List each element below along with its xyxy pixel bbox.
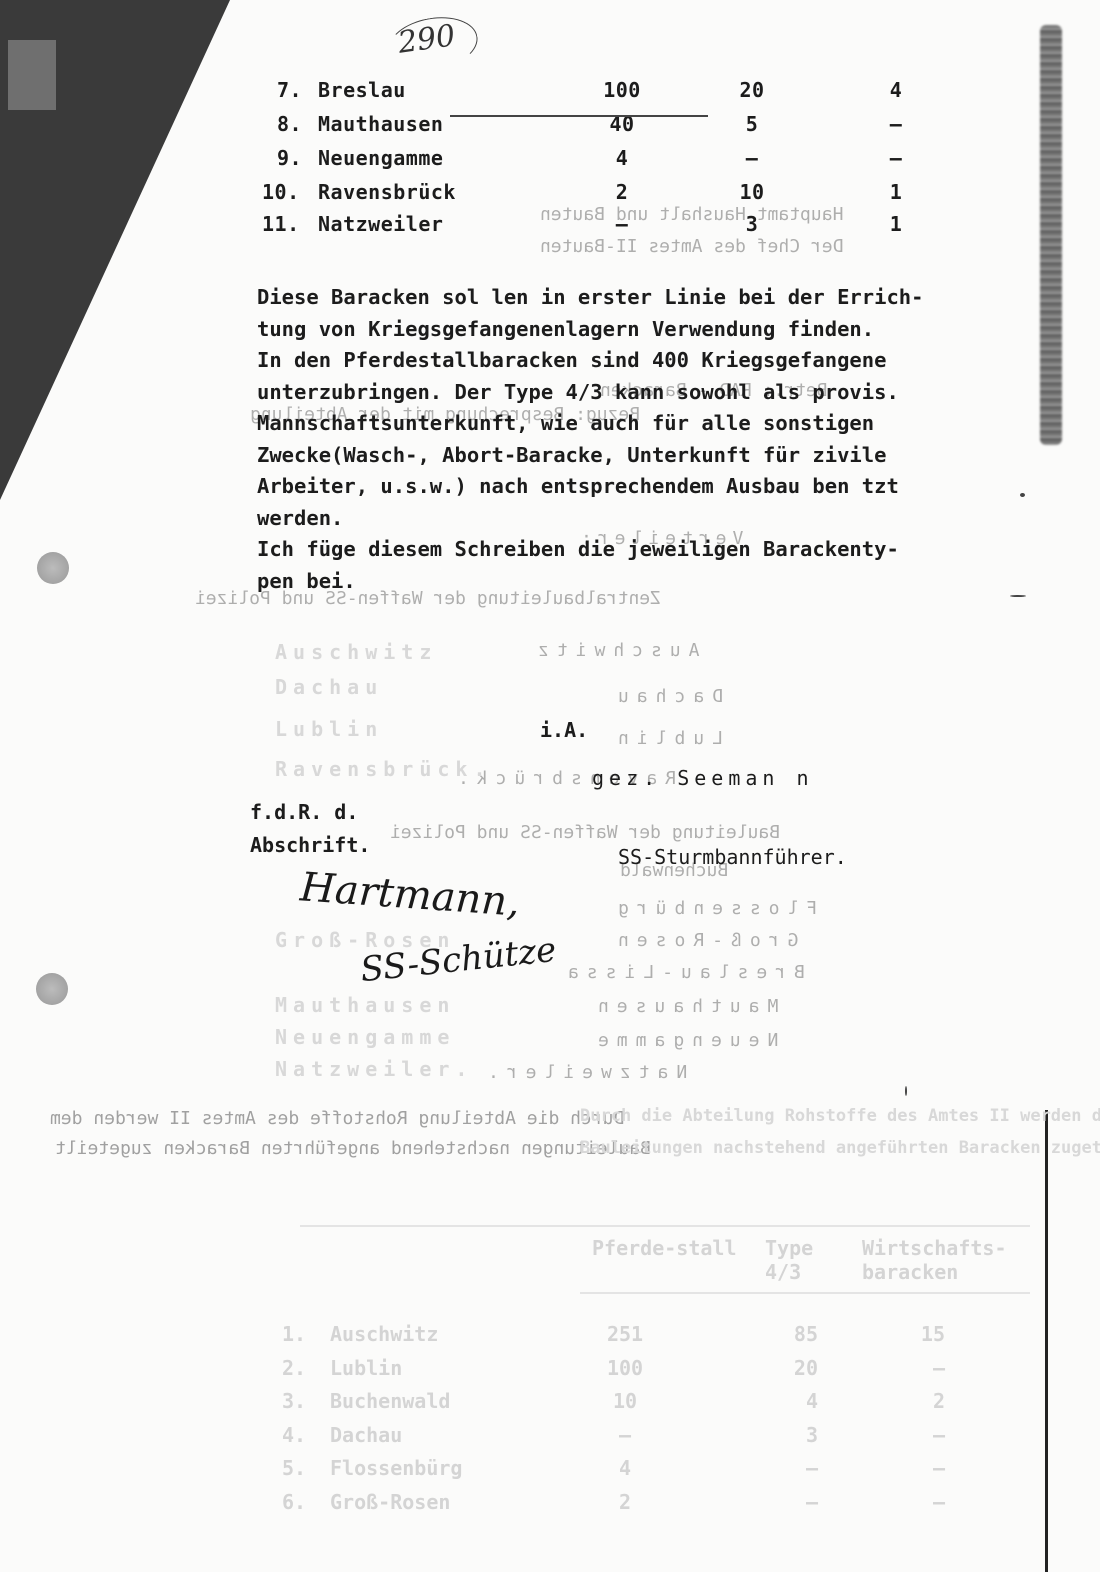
faint-wirtschaft: 15	[905, 1322, 945, 1346]
faint-wirtschaft: –	[905, 1490, 945, 1514]
body-line: Ich füge diesem Schreiben die jeweiligen…	[257, 534, 997, 566]
faint-camp-name: Dachau	[330, 1423, 402, 1447]
faint-wirtschaft: –	[905, 1356, 945, 1380]
camp-name: Mauthausen	[318, 112, 443, 136]
body-line: Diese Baracken sol len in erster Linie b…	[257, 282, 997, 314]
body-line: werden.	[257, 503, 997, 535]
faint-type: –	[768, 1490, 818, 1514]
wirtschaft-count: 1	[876, 212, 916, 236]
faint-row-number: 6.	[282, 1490, 306, 1514]
camp-name: Neuengamme	[318, 146, 443, 170]
faint-wirtschaft: –	[905, 1456, 945, 1480]
faint-type: 20	[768, 1356, 818, 1380]
faint-type: 3	[768, 1423, 818, 1447]
header-type: Type 4/3	[765, 1236, 825, 1284]
body-paragraph: Diese Baracken sol len in erster Linie b…	[257, 282, 997, 597]
i-a-label: i.A.	[540, 718, 588, 742]
type-4-3-count: 3	[722, 212, 782, 236]
row-number: 10.	[262, 180, 300, 204]
faint-row-number: 3.	[282, 1389, 306, 1413]
row-number: 8.	[277, 112, 302, 136]
row-number: 7.	[277, 78, 302, 102]
ink-speck	[1020, 493, 1025, 497]
faint-pferdestall: 4	[590, 1456, 660, 1480]
camp-name: Natzweiler	[318, 212, 443, 236]
wirtschaft-count: –	[876, 112, 916, 136]
body-line: In den Pferdestallbaracken sind 400 Krie…	[257, 345, 997, 377]
body-line: Mannschaftsunterkunft, wie auch für alle…	[257, 408, 997, 440]
pferdestall-count: 100	[582, 78, 662, 102]
rank-label: SS-Sturmbannführer.	[618, 845, 847, 869]
ink-speck	[905, 1086, 907, 1096]
type-4-3-count: –	[722, 146, 782, 170]
faint-row-number: 4.	[282, 1423, 306, 1447]
strike-rule	[450, 115, 708, 117]
faint-camp-name: Flossenbürg	[330, 1456, 462, 1480]
faint-barracks-table: Pferde-stall Type 4/3 Wirtschafts-barack…	[0, 0, 1100, 1572]
copy-label: Abschrift.	[250, 833, 370, 857]
pferdestall-count: 2	[582, 180, 662, 204]
faint-row-number: 5.	[282, 1456, 306, 1480]
wirtschaft-count: –	[876, 146, 916, 170]
wirtschaft-count: 4	[876, 78, 916, 102]
faint-type: 85	[768, 1322, 818, 1346]
type-4-3-count: 20	[722, 78, 782, 102]
faint-row-number: 2.	[282, 1356, 306, 1380]
faint-pferdestall: 10	[590, 1389, 660, 1413]
row-number: 11.	[262, 212, 300, 236]
header-wirtschaft: Wirtschafts-baracken	[862, 1236, 1032, 1284]
body-line: Arbeiter, u.s.w.) nach entsprechendem Au…	[257, 471, 997, 503]
faint-row-number: 1.	[282, 1322, 306, 1346]
faint-type: –	[768, 1456, 818, 1480]
body-line: Zwecke(Wasch-, Abort-Baracke, Unterkunft…	[257, 440, 997, 472]
type-4-3-count: 5	[722, 112, 782, 136]
faint-pferdestall: 100	[590, 1356, 660, 1380]
certification-label: f.d.R. d.	[250, 800, 358, 824]
camp-name: Ravensbrück	[318, 180, 456, 204]
faint-pferdestall: 251	[590, 1322, 660, 1346]
body-line: tung von Kriegsgefangenenlagern Verwendu…	[257, 314, 997, 346]
pferdestall-count: 4	[582, 146, 662, 170]
pferdestall-count: –	[582, 212, 662, 236]
faint-camp-name: Lublin	[330, 1356, 402, 1380]
body-line: unterzubringen. Der Type 4/3 kann sowohl…	[257, 377, 997, 409]
row-number: 9.	[277, 146, 302, 170]
signed-name: gez. Seeman n	[592, 766, 814, 790]
faint-type: 4	[768, 1389, 818, 1413]
camp-name: Breslau	[318, 78, 406, 102]
faint-pferdestall: –	[590, 1423, 660, 1447]
type-4-3-count: 10	[722, 180, 782, 204]
ink-speck	[1010, 595, 1026, 597]
faint-wirtschaft: 2	[905, 1389, 945, 1413]
header-pferdestall: Pferde-stall	[592, 1236, 737, 1260]
wirtschaft-count: 1	[876, 180, 916, 204]
body-line: pen bei.	[257, 566, 997, 598]
faint-wirtschaft: –	[905, 1423, 945, 1447]
faint-camp-name: Auschwitz	[330, 1322, 438, 1346]
faint-camp-name: Buchenwald	[330, 1389, 450, 1413]
faint-pferdestall: 2	[590, 1490, 660, 1514]
faint-camp-name: Groß-Rosen	[330, 1490, 450, 1514]
